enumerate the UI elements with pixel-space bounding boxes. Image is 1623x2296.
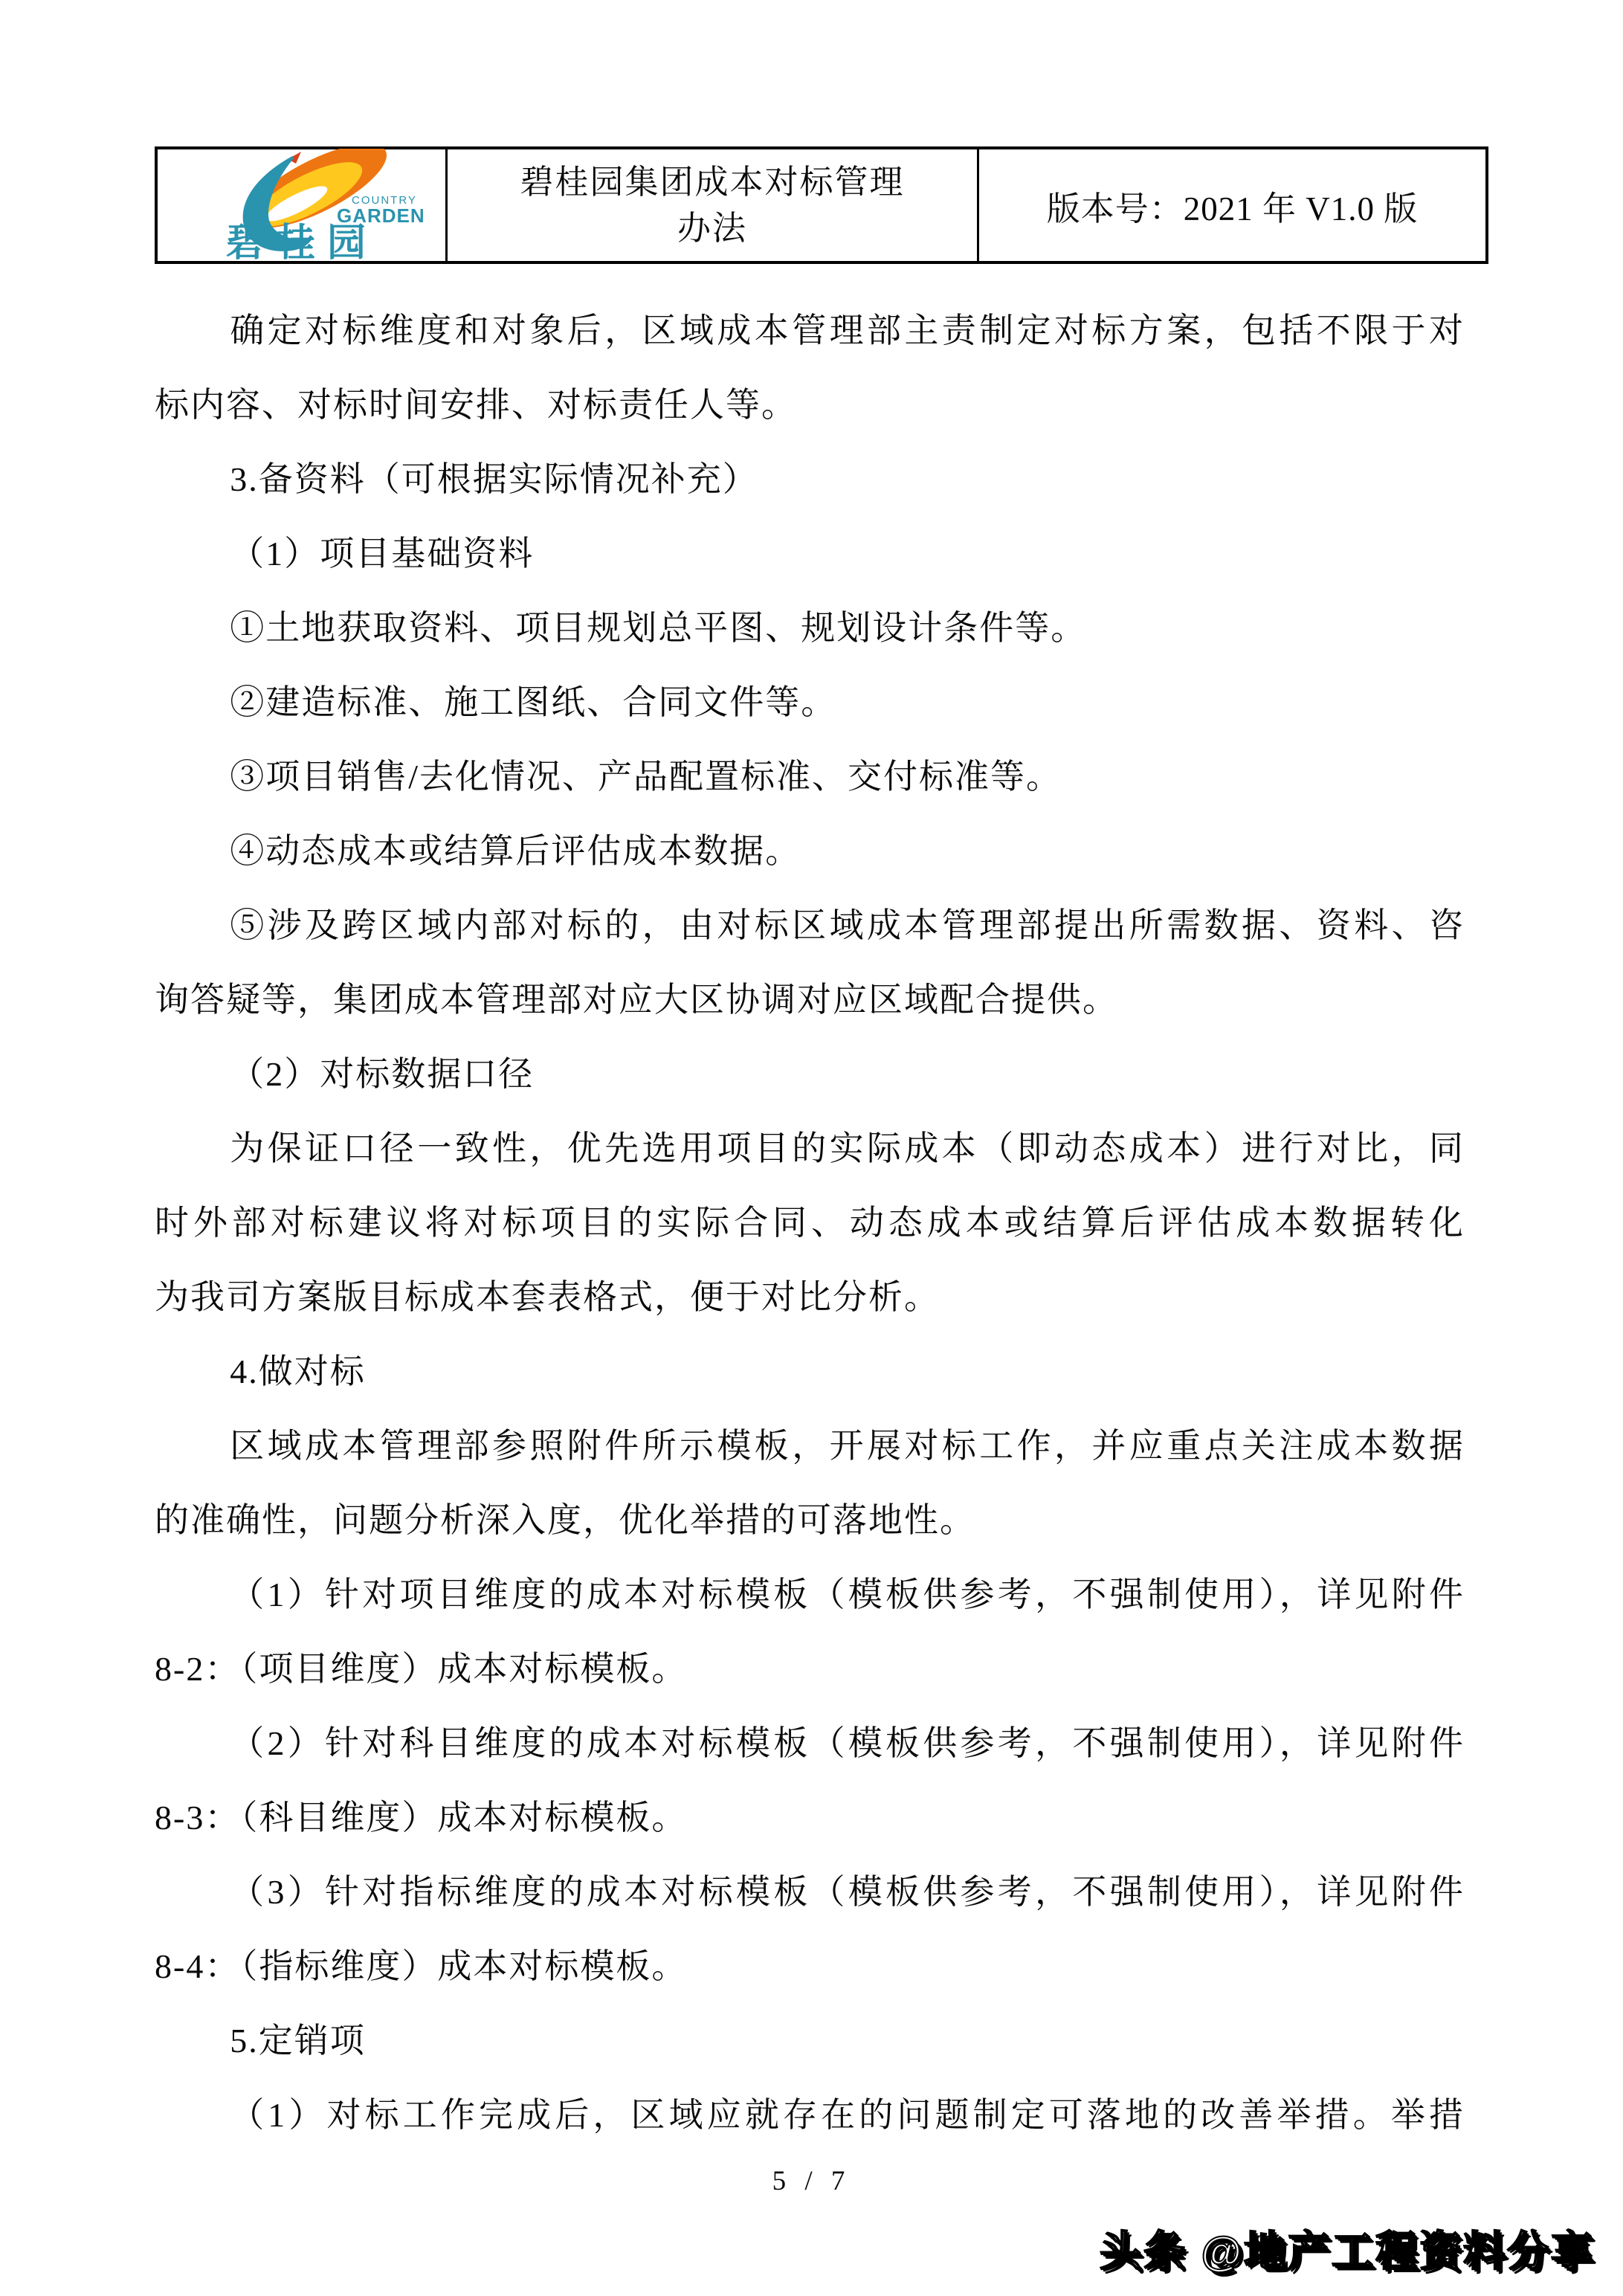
document-title-line2: 办法 bbox=[677, 205, 747, 251]
text-line: 标内容、对标时间安排、对标责任人等。 bbox=[155, 368, 1465, 442]
header-table: COUNTRY GARDEN 碧桂园 碧桂园集团成本对标管理 办法 版本号：20… bbox=[155, 146, 1488, 264]
document-body: 确定对标维度和对象后，区域成本管理部主责制定对标方案，包括不限于对标内容、对标时… bbox=[155, 294, 1465, 2152]
version-text: 版本号：2021 年 V1.0 版 bbox=[1047, 181, 1419, 230]
text-line: （2）针对科目维度的成本对标模板（模板供参考，不强制使用），详见附件 bbox=[155, 1706, 1465, 1781]
text-line: 的准确性，问题分析深入度，优化举措的可落地性。 bbox=[155, 1483, 1465, 1558]
version-label: 版本号：2021 年 V1.0 版 bbox=[979, 149, 1485, 261]
text-line: ③项目销售/去化情况、产品配置标准、交付标准等。 bbox=[155, 740, 1465, 814]
document-title: 碧桂园集团成本对标管理 办法 bbox=[448, 149, 979, 261]
text-line: ②建造标准、施工图纸、合同文件等。 bbox=[155, 665, 1465, 740]
text-line: ⑤涉及跨区域内部对标的，由对标区域成本管理部提出所需数据、资料、咨 bbox=[155, 889, 1465, 963]
text-line: 为我司方案版目标成本套表格式，便于对比分析。 bbox=[155, 1260, 1465, 1335]
text-line: ④动态成本或结算后评估成本数据。 bbox=[155, 814, 1465, 889]
text-line: 3.备资料（可根据实际情况补充） bbox=[155, 442, 1465, 517]
text-line: 区域成本管理部参照附件所示模板，开展对标工作，并应重点关注成本数据 bbox=[155, 1409, 1465, 1483]
watermark: 头条 @地产工程资料分享 bbox=[1100, 2219, 1595, 2278]
text-line: 5.定销项 bbox=[155, 2004, 1465, 2078]
text-line: 时外部对标建议将对标项目的实际合同、动态成本或结算后评估成本数据转化 bbox=[155, 1186, 1465, 1260]
text-line: 询答疑等，集团成本管理部对应大区协调对应区域配合提供。 bbox=[155, 963, 1465, 1037]
text-line: 4.做对标 bbox=[155, 1335, 1465, 1409]
document-title-line1: 碧桂园集团成本对标管理 bbox=[520, 159, 904, 205]
page: { "header": { "logo": { "country": "COUN… bbox=[0, 0, 1623, 2296]
text-line: （3）针对指标维度的成本对标模板（模板供参考，不强制使用），详见附件 bbox=[155, 1855, 1465, 1929]
text-line: （1）针对项目维度的成本对标模板（模板供参考，不强制使用），详见附件 bbox=[155, 1558, 1465, 1632]
logo-text-chinese: 碧桂园 bbox=[225, 222, 377, 262]
text-line: （1）对标工作完成后，区域应就存在的问题制定可落地的改善举措。举措 bbox=[155, 2078, 1465, 2152]
text-line: （2）对标数据口径 bbox=[155, 1037, 1465, 1112]
country-garden-logo-icon: COUNTRY GARDEN 碧桂园 bbox=[179, 149, 425, 262]
text-line: 8-2：（项目维度）成本对标模板。 bbox=[155, 1632, 1465, 1706]
page-number: 5 / 7 bbox=[0, 2165, 1623, 2197]
text-line: （1）项目基础资料 bbox=[155, 517, 1465, 591]
text-line: 确定对标维度和对象后，区域成本管理部主责制定对标方案，包括不限于对 bbox=[155, 294, 1465, 368]
text-line: 8-3：（科目维度）成本对标模板。 bbox=[155, 1781, 1465, 1855]
company-logo: COUNTRY GARDEN 碧桂园 bbox=[158, 149, 448, 261]
text-line: 8-4：（指标维度）成本对标模板。 bbox=[155, 1929, 1465, 2004]
text-line: ①土地获取资料、项目规划总平图、规划设计条件等。 bbox=[155, 591, 1465, 665]
text-line: 为保证口径一致性，优先选用项目的实际成本（即动态成本）进行对比，同 bbox=[155, 1112, 1465, 1186]
